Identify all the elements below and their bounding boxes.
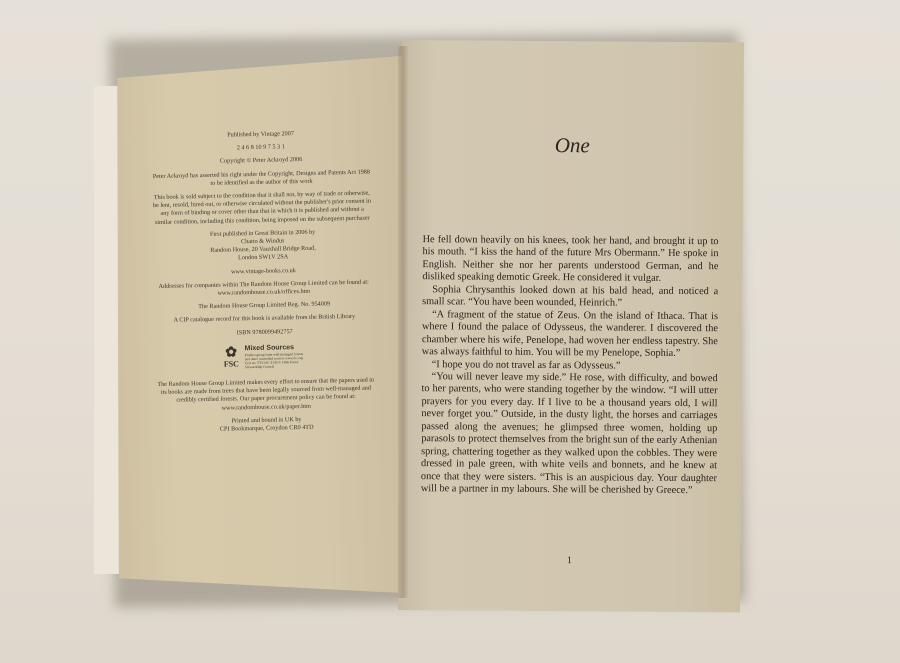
- copyright-block: Published by Vintage 2007 2 4 6 8 10 9 7…: [149, 128, 377, 440]
- paragraph: He fell down heavily on his knees, took …: [422, 234, 718, 286]
- copyright-page: Published by Vintage 2007 2 4 6 8 10 9 7…: [108, 56, 415, 600]
- fsc-block: ✿ FSC Mixed Sources Product group from w…: [154, 342, 376, 371]
- book-gutter: [398, 46, 408, 598]
- environment-note: The Random House Group Limited makes eve…: [155, 377, 378, 414]
- isbn: ISBN 9780099492757: [154, 326, 376, 339]
- printer: Printed and bound in UK by CPI Bookmarqu…: [155, 414, 377, 435]
- moral-rights: Peter Ackroyd has asserted his right und…: [150, 168, 372, 189]
- cip-record: A CIP catalogue record for this book is …: [153, 313, 375, 326]
- paragraph: “You will never leave my side.” He rose,…: [421, 371, 718, 498]
- first-published: First published in Great Britain in 2006…: [152, 227, 375, 264]
- paragraph: Sophia Chrysanthis looked down at his ba…: [422, 284, 718, 311]
- chapter-title: One: [401, 132, 743, 159]
- addresses-note: Addresses for companies within The Rando…: [153, 278, 375, 299]
- chapter-page: One He fell down heavily on his knees, t…: [398, 40, 744, 612]
- fsc-small-print: Product group from well-managed forests …: [245, 352, 307, 369]
- printing-line: 2 4 6 8 10 9 7 5 3 1: [150, 142, 372, 155]
- page-number: 1: [398, 554, 740, 567]
- sale-condition: This book is sold subject to the conditi…: [151, 189, 374, 226]
- website: www.vintage-books.co.uk: [152, 265, 374, 278]
- reg-no: The Random House Group Limited Reg. No. …: [153, 300, 375, 313]
- fsc-logo: ✿ FSC: [223, 346, 239, 368]
- copyright-line: Copyright © Peter Ackroyd 2006: [150, 155, 372, 168]
- published-line: Published by Vintage 2007: [149, 128, 371, 141]
- chapter-body: He fell down heavily on his knees, took …: [421, 234, 719, 498]
- paragraph: “A fragment of the statue of Zeus. On th…: [422, 309, 718, 361]
